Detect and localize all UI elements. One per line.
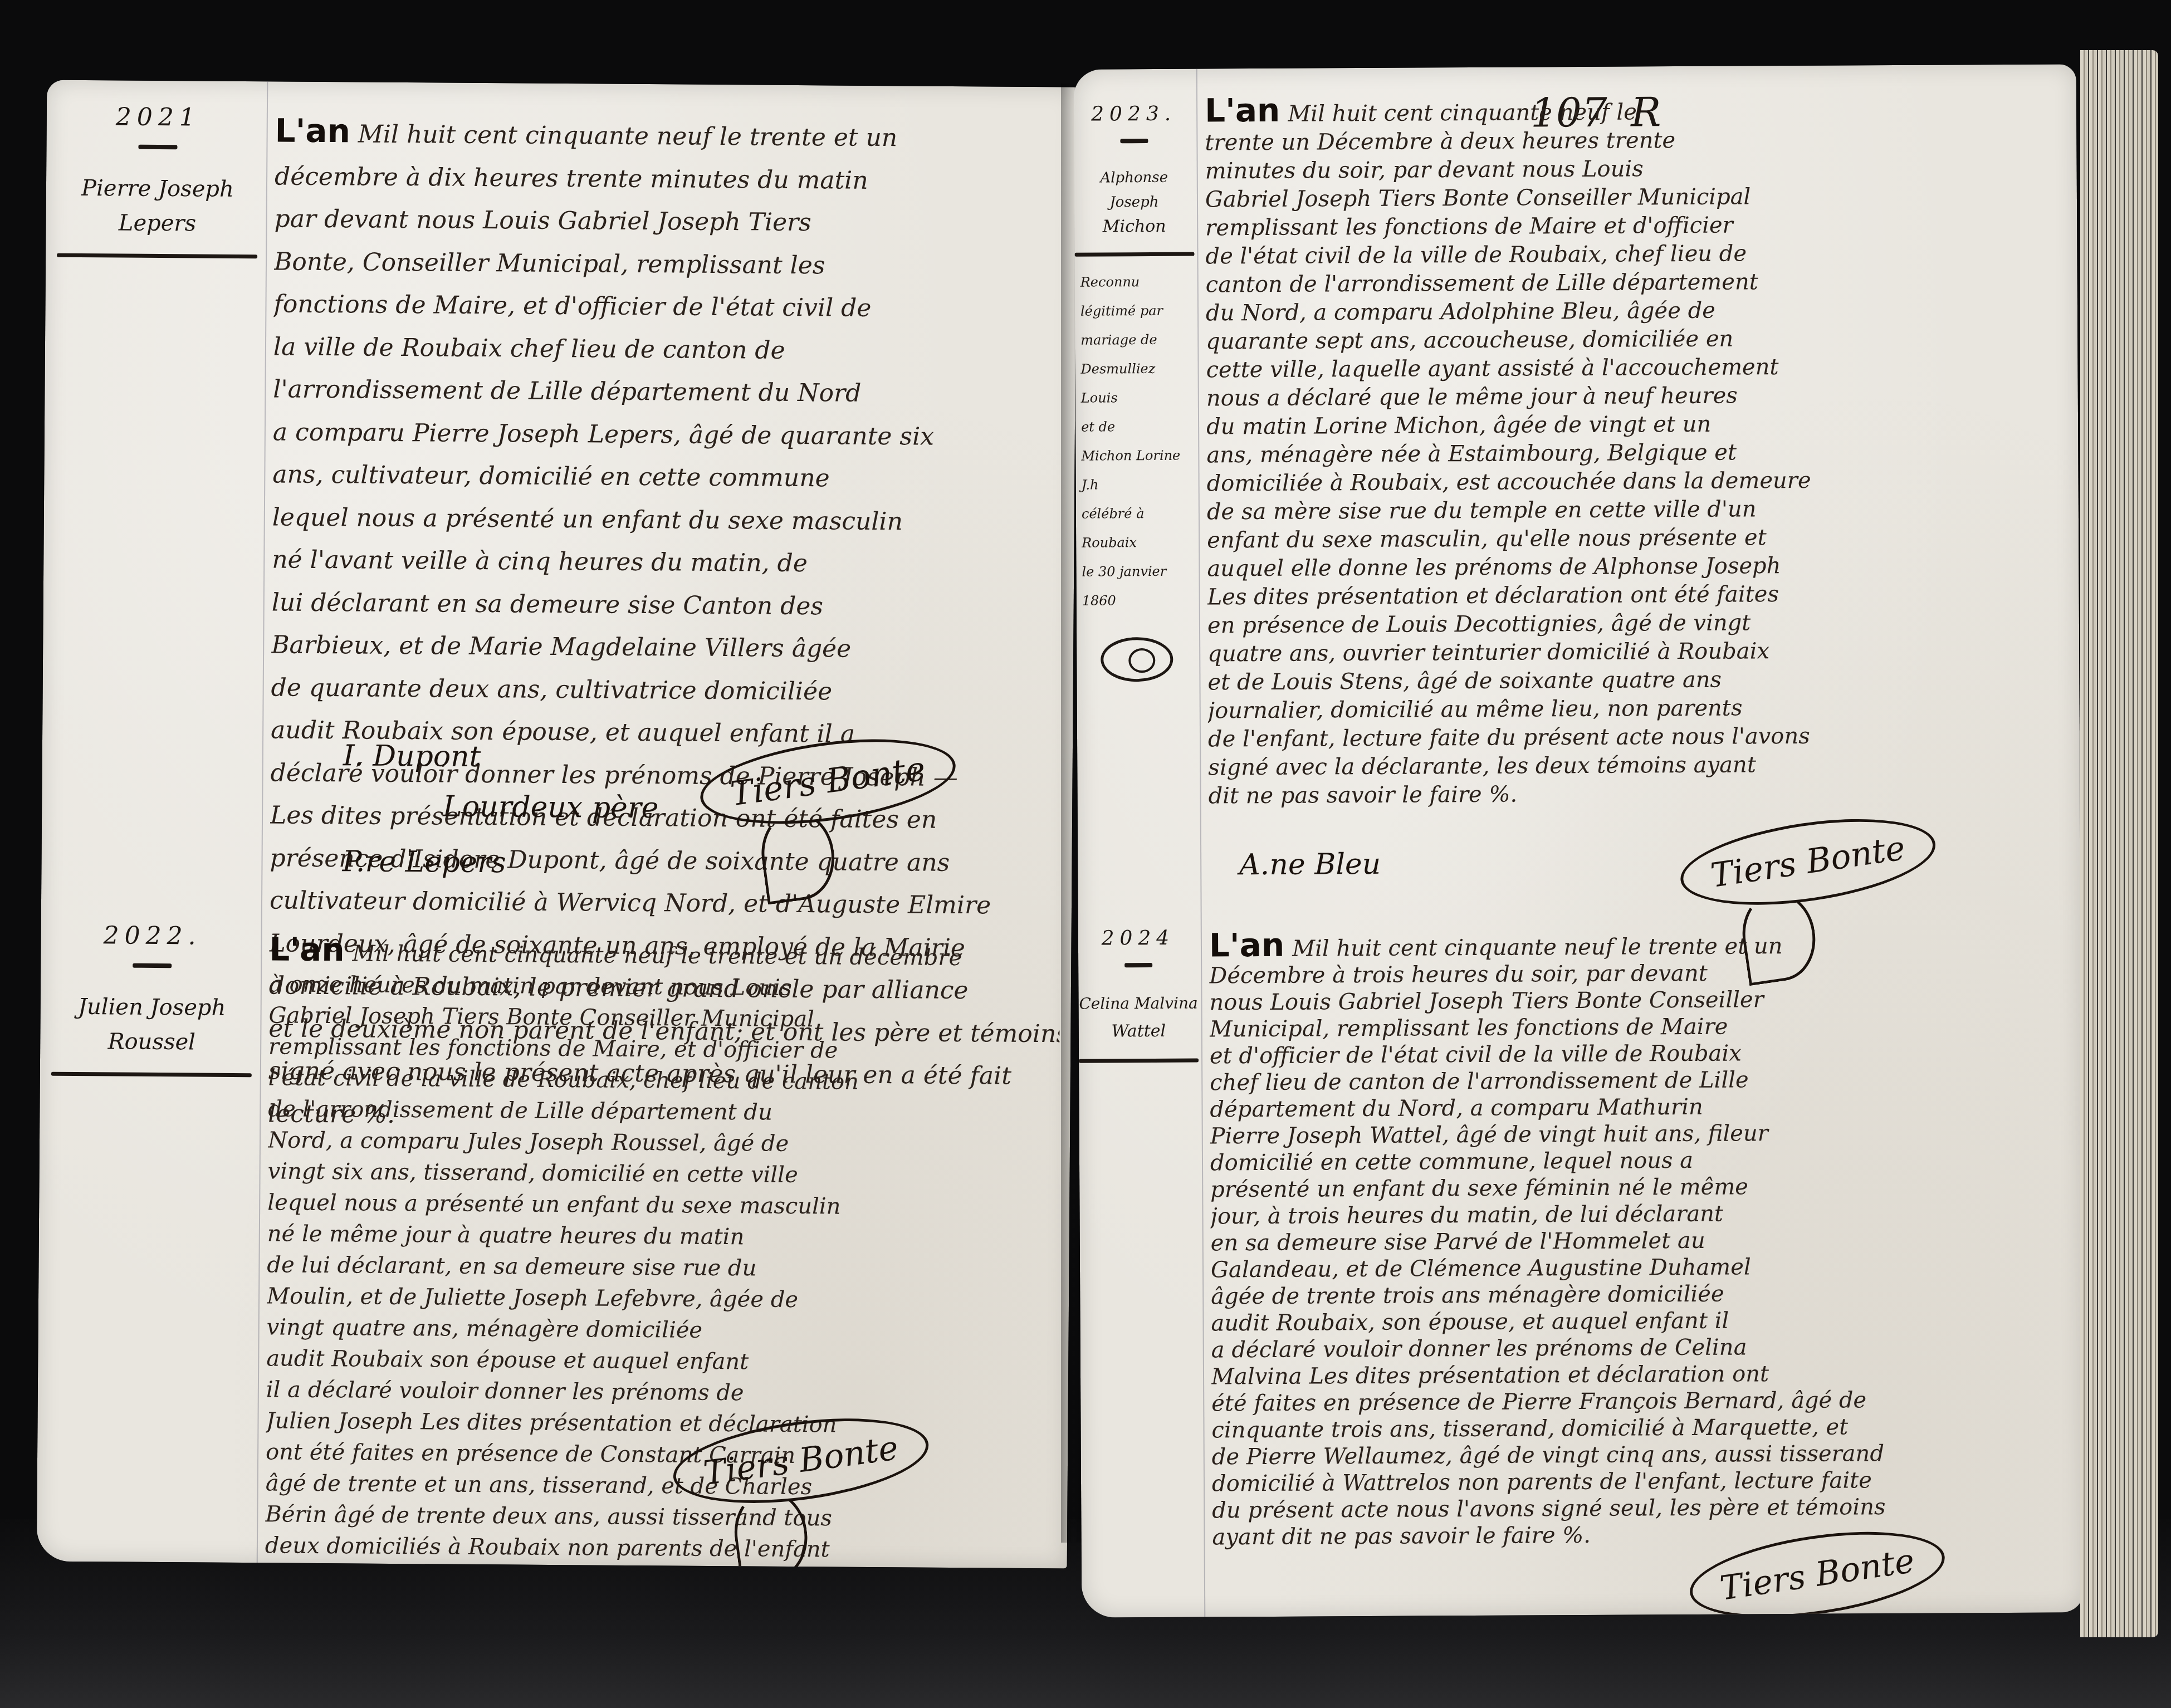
birth-entry-2024: 2024 Celina Malvina Wattel L'anMil huit … [1078, 866, 2084, 1595]
margin-underline [1074, 252, 1194, 257]
entry-margin: 2023. Alphonse Joseph Michon Reconnu lég… [1074, 102, 1196, 682]
margin-underline [1079, 1059, 1199, 1063]
entry-line: de sa mère sise rue du temple en cette v… [1207, 493, 2065, 526]
note-line: Desmulliez Louis [1080, 354, 1195, 413]
entry-line: canton de l'arrondissement de Lille dépa… [1206, 266, 2064, 299]
entry-line: département du Nord, a comparu Mathurin [1210, 1092, 2067, 1123]
birth-entry-2021: 2021 Pierre Joseph Lepers L'anMil huit c… [42, 80, 1078, 856]
entry-line: par devant nous Louis Gabriel Joseph Tie… [274, 198, 1065, 246]
entry-line: cinquante trois ans, tisserand, domicili… [1211, 1412, 2069, 1443]
entry-line: de Pierre Wellaumez, âgé de vingt cinq a… [1212, 1439, 2070, 1470]
entry-line: vingt quatre ans, ménagère domiciliée [266, 1311, 1057, 1348]
entry-line: journalier, domicilié au même lieu, non … [1208, 692, 2066, 725]
page-stack-edge [2080, 50, 2158, 1637]
entry-line: Municipal, remplissant les fonctions de … [1210, 1011, 2067, 1043]
register-page-right: 107 R 2023. Alphonse Joseph Michon Recon… [1074, 64, 2085, 1617]
entry-dash [1120, 139, 1148, 143]
entry-line: audit Roubaix son épouse et auquel enfan… [266, 1343, 1057, 1379]
entry-line: remplissant les fonctions de Maire, et d… [268, 1031, 1059, 1068]
entry-line: cette ville, laquelle ayant assisté à l'… [1206, 351, 2064, 384]
register-page-left: 2021 Pierre Joseph Lepers L'anMil huit c… [37, 80, 1078, 1569]
entry-line: Moulin, et de Juliette Joseph Lefebvre, … [267, 1280, 1058, 1317]
entry-line: fonctions de Maire, et d'officier de l'é… [273, 283, 1064, 331]
entry-number: 2023. [1074, 102, 1194, 126]
entry-line: né l'avant veille à cinq heures du matin… [272, 539, 1063, 586]
entry-line: lequel nous a présenté un enfant du sexe… [272, 496, 1063, 544]
entry-line: Malvina Les dites présentation et déclar… [1211, 1359, 2069, 1390]
margin-annotation-legitimation: Reconnu légitimé par mariage de Desmulli… [1075, 267, 1196, 615]
opening-word: L'an [1209, 927, 1284, 962]
note-line: mariage de [1080, 325, 1195, 355]
entry-dash [1124, 963, 1152, 967]
entry-line: audit Roubaix, son épouse, et auquel enf… [1211, 1305, 2069, 1337]
entry-line: né le même jour à quatre heures du matin [267, 1218, 1058, 1255]
entry-line: quarante sept ans, accoucheuse, domicili… [1206, 323, 2064, 356]
entry-margin: 2024 Celina Malvina Wattel [1078, 927, 1199, 1063]
entry-line: du présent acte nous l'avons signé seul,… [1212, 1492, 2070, 1524]
note-line: légitimé par [1080, 296, 1195, 326]
entry-line: chef lieu de canton de l'arrondissement … [1210, 1065, 2067, 1096]
entry-line: lequel nous a présenté un enfant du sexe… [267, 1187, 1058, 1224]
entry-line: domicilié en cette commune, lequel nous … [1210, 1145, 2068, 1176]
opening-word: L'an [1205, 92, 1280, 129]
opening-word: L'an [275, 111, 350, 150]
entry-dash [133, 963, 172, 968]
entry-body: L'anMil huit cent cinquante neuf le tren… [1209, 927, 2070, 1550]
entry-line: Galandeau, et de Clémence Augustine Duha… [1211, 1252, 2069, 1283]
entry-line: présenté un enfant du sexe féminin né le… [1210, 1172, 2068, 1203]
entry-line: Décembre à trois heures du soir, par dev… [1209, 958, 2067, 989]
entry-body: L'anMil huit cent cinquante neuf le tren… [1205, 92, 2066, 810]
entry-line: jour, à trois heures du matin, de lui dé… [1210, 1198, 2068, 1230]
opening-word: L'an [269, 933, 345, 968]
entry-line: de l'état civil de la ville de Roubaix, … [1205, 238, 2063, 271]
entry-number: 2021 [58, 102, 258, 133]
entry-line: et de Louis Stens, âgé de soixante quatr… [1207, 664, 2065, 697]
entry-line: Nord, a comparu Jules Joseph Roussel, âg… [268, 1124, 1059, 1161]
margin-given-names: Pierre Joseph [57, 171, 258, 207]
margin-surname: Roussel [51, 1024, 252, 1060]
entry-body: L'anMil huit cent cinquante neuf le tren… [265, 933, 1060, 1568]
entry-line-1: L'anMil huit cent cinquante neuf le tren… [275, 109, 1066, 160]
entry-line: quatre ans, ouvrier teinturier domicilié… [1207, 635, 2065, 668]
margin-underline [57, 253, 257, 259]
entry-line: enfant du sexe masculin, qu'elle nous pr… [1207, 522, 2065, 555]
entry-line: Les dites présentation et déclaration on… [1207, 579, 2065, 611]
entry-line: Pierre Joseph Wattel, âgé de vingt huit … [1210, 1118, 2068, 1149]
note-line: Reconnu [1080, 267, 1195, 297]
signature-witness-lourdeux: Lourdeux père [443, 790, 659, 825]
entry-line: domiciliée à Roubaix, est accouchée dans… [1207, 465, 2065, 498]
entry-line: Barbieux, et de Marie Magdelaine Villers… [271, 624, 1062, 672]
entry-margin: 2021 Pierre Joseph Lepers [57, 102, 258, 259]
entry-line: et d'officier de l'état civil de la vill… [1210, 1038, 2067, 1069]
entry-line: ans, ménagère née à Estaimbourg, Belgiqu… [1206, 437, 2064, 469]
entry-line: été faites en présence de Pierre Françoi… [1211, 1386, 2069, 1417]
entry-line: nous a déclaré que le même jour à neuf h… [1206, 380, 2064, 413]
entry-line: Gabriel Joseph Tiers Bonte Conseiller Mu… [1205, 181, 2063, 214]
margin-underline [51, 1072, 252, 1078]
entry-line: ayant dit ne pas savoir le faire %. [1212, 1519, 2070, 1550]
entry-line: signé avec la déclarante, les deux témoi… [1208, 749, 2066, 782]
entry-line: minutes du soir, par devant nous Louis [1205, 153, 2063, 185]
entry-line: âgé de trente et un ans, tisserand, et d… [266, 1467, 1057, 1504]
entry-line: dit ne pas savoir le faire %. [1208, 777, 2066, 810]
entry-line: âgée de trente trois ans ménagère domici… [1211, 1279, 2069, 1310]
margin-given-names: Celina Malvina [1078, 990, 1198, 1018]
entry-line-1: L'anMil huit cent cinquante neuf le [1205, 92, 2062, 129]
entry-line: remplissant les fonctions de Maire et d'… [1205, 209, 2063, 242]
entry-line: vingt six ans, tisserand, domicilié en c… [267, 1156, 1058, 1192]
entry-line: l'arrondissement de Lille département du… [273, 368, 1064, 416]
entry-line: deux domiciliés à Roubaix non parents de… [265, 1530, 1056, 1567]
note-line: célébré à Roubaix [1082, 499, 1196, 557]
margin-given-names: Julien Joseph [51, 990, 252, 1026]
photo-scene: 2021 Pierre Joseph Lepers L'anMil huit c… [0, 0, 2171, 1708]
birth-entry-2023: 2023. Alphonse Joseph Michon Reconnu lég… [1074, 64, 2080, 849]
signature-witness-dupont: I. Dupont [343, 739, 481, 774]
entry-line: Bérin âgé de trente deux ans, aussi tiss… [265, 1499, 1056, 1535]
entry-line: à onze heures du matin par devant nous L… [269, 968, 1060, 1005]
entry-line: ont été faites en présence de Constant C… [266, 1436, 1057, 1473]
entry-line: l'état civil de la ville de Roubaix, che… [268, 1062, 1059, 1099]
entry-line: lui déclarant en sa demeure sise Canton … [271, 581, 1062, 629]
margin-surname: Wattel [1079, 1017, 1199, 1046]
entry-number: 2024 [1078, 927, 1198, 950]
entry-line: décembre à dix heures trente minutes du … [275, 155, 1065, 203]
entry-number: 2022. [52, 921, 252, 951]
entry-line: du matin Lorine Michon, âgée de vingt et… [1206, 408, 2064, 441]
entry-margin: 2022. Julien Joseph Roussel [51, 921, 253, 1078]
entry-line: nous Louis Gabriel Joseph Tiers Bonte Co… [1209, 985, 2067, 1016]
entry-line-1: L'anMil huit cent cinquante neuf le tren… [269, 933, 1060, 974]
entry-line: a comparu Pierre Joseph Lepers, âgé de q… [273, 411, 1064, 459]
entry-line-1: L'anMil huit cent cinquante neuf le tren… [1209, 927, 2067, 962]
entry-line: Gabriel Joseph Tiers Bonte Conseiller Mu… [268, 1000, 1059, 1036]
entry-line: de lui déclarant, en sa demeure sise rue… [267, 1249, 1058, 1286]
entry-line: du Nord, a comparu Adolphine Bleu, âgée … [1206, 295, 2064, 327]
note-line: et de [1081, 412, 1195, 442]
entry-line: Bonte, Conseiller Municipal, remplissant… [274, 241, 1065, 288]
entry-line: auquel elle donne les prénoms de Alphons… [1207, 550, 2065, 583]
entry-line: de l'enfant, lecture faite du présent ac… [1208, 721, 2066, 753]
paraph-flourish-icon [1101, 637, 1173, 682]
entry-line: en présence de Louis Decottignies, âgé d… [1207, 607, 2065, 640]
entry-line: ans, cultivateur, domicilié en cette com… [272, 453, 1063, 501]
entry-line: il a déclaré vouloir donner les prénoms … [266, 1374, 1057, 1411]
entry-line: de quarante deux ans, cultivatrice domic… [271, 667, 1062, 714]
margin-surname: Lepers [57, 205, 257, 242]
entry-line: domicilié à Wattrelos non parents de l'e… [1212, 1466, 2070, 1497]
note-line: Michon Lorine J.h [1081, 441, 1196, 500]
entry-line: de l'arrondissement de Lille département… [268, 1093, 1059, 1130]
entry-dash [138, 145, 177, 149]
entry-line: la ville de Roubaix chef lieu de canton … [273, 326, 1064, 374]
note-line: le 30 janvier 1860 [1082, 557, 1196, 615]
entry-line: Julien Joseph Les dites présentation et … [266, 1405, 1057, 1442]
entry-line: a déclaré vouloir donner les prénoms de … [1211, 1332, 2069, 1363]
entry-line: trente un Décembre à deux heures trente [1205, 124, 2062, 157]
margin-given-names: Alphonse Joseph [1074, 165, 1194, 215]
margin-surname: Michon [1074, 214, 1194, 239]
entry-line: en sa demeure sise Parvé de l'Hommelet a… [1211, 1225, 2069, 1256]
